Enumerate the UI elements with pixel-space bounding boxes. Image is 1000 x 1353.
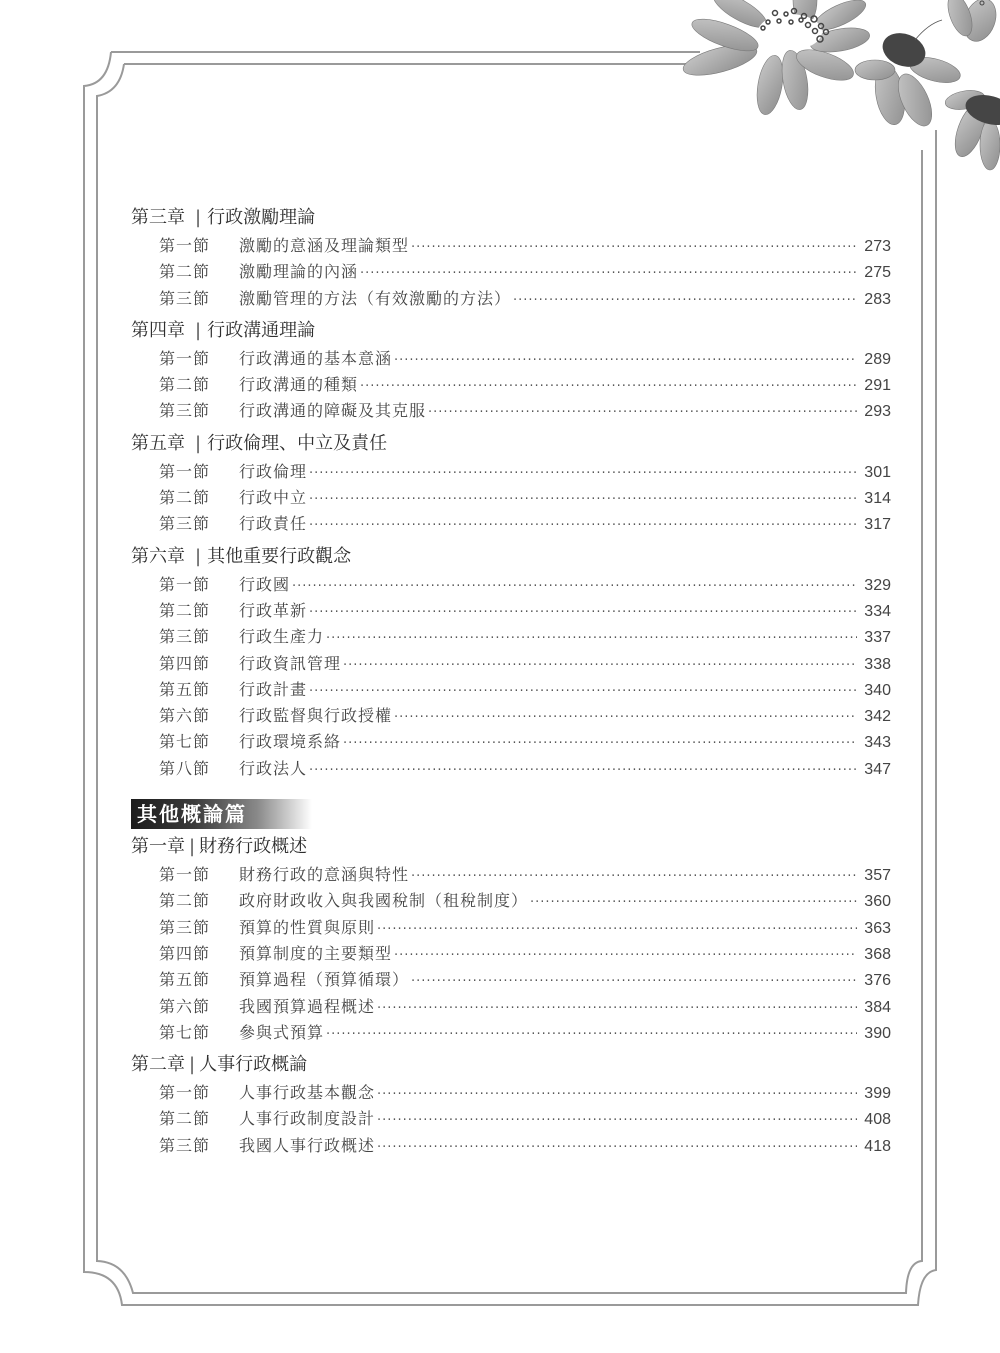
page-number: 408 xyxy=(861,1108,891,1132)
page-number: 399 xyxy=(861,1082,891,1106)
toc-entry[interactable]: 第三節行政責任317 xyxy=(131,512,891,538)
section-number: 第八節 xyxy=(159,757,239,781)
section-number: 第二節 xyxy=(159,373,239,397)
section-title: 我國人事行政概述 xyxy=(239,1134,375,1158)
toc-entry[interactable]: 第五節行政計畫340 xyxy=(131,678,891,704)
page-number: 283 xyxy=(861,288,891,312)
section-title: 預算過程（預算循環） xyxy=(239,968,409,992)
page-number: 314 xyxy=(861,487,891,511)
dot-leader xyxy=(292,575,857,599)
section-title: 財務行政的意涵與特性 xyxy=(239,863,409,887)
section-title: 行政革新 xyxy=(239,599,307,623)
toc-entry[interactable]: 第三節預算的性質與原則363 xyxy=(131,916,891,942)
page-number: 340 xyxy=(861,679,891,703)
page-number: 363 xyxy=(861,917,891,941)
page-number: 343 xyxy=(861,731,891,755)
section-title: 預算的性質與原則 xyxy=(239,916,375,940)
section-title: 人事行政制度設計 xyxy=(239,1107,375,1131)
section-title: 行政計畫 xyxy=(239,678,307,702)
section-number: 第三節 xyxy=(159,287,239,311)
dot-leader xyxy=(309,680,857,704)
section-number: 第三節 xyxy=(159,1134,239,1158)
dot-leader xyxy=(309,462,857,486)
section-number: 第七節 xyxy=(159,730,239,754)
page-number: 342 xyxy=(861,705,891,729)
part-heading: 其他概論篇 xyxy=(131,799,312,829)
chapter-separator: | xyxy=(195,319,201,343)
toc-entry[interactable]: 第六節行政監督與行政授權342 xyxy=(131,704,891,730)
section-number: 第二節 xyxy=(159,1107,239,1131)
toc-entry[interactable]: 第二節行政革新334 xyxy=(131,599,891,625)
chapter-separator: | xyxy=(195,545,201,569)
chapter-title: 人事行政概論 xyxy=(199,1054,307,1075)
chapter-title: 其他重要行政觀念 xyxy=(207,546,351,567)
dot-leader xyxy=(343,732,857,756)
section-number: 第二節 xyxy=(159,486,239,510)
dot-leader xyxy=(411,865,857,889)
section-title: 預算制度的主要類型 xyxy=(239,942,392,966)
dot-leader xyxy=(343,654,857,678)
page-number: 329 xyxy=(861,574,891,598)
section-number: 第一節 xyxy=(159,234,239,258)
section-title: 人事行政基本觀念 xyxy=(239,1081,375,1105)
section-title: 行政法人 xyxy=(239,757,307,781)
chapter-title: 行政溝通理論 xyxy=(207,320,315,341)
section-title: 行政監督與行政授權 xyxy=(239,704,392,728)
section-title: 行政國 xyxy=(239,573,290,597)
toc-entry[interactable]: 第三節行政生產力337 xyxy=(131,625,891,651)
chapter-label: 第四章 xyxy=(131,320,185,341)
page-number: 337 xyxy=(861,626,891,650)
dot-leader xyxy=(411,236,857,260)
dot-leader xyxy=(360,375,857,399)
toc-entry[interactable]: 第一節行政倫理301 xyxy=(131,460,891,486)
page-number: 384 xyxy=(861,996,891,1020)
toc-entry[interactable]: 第三節我國人事行政概述418 xyxy=(131,1134,891,1160)
page-number: 291 xyxy=(861,374,891,398)
table-of-contents: 第三章|行政激勵理論 第一節激勵的意涵及理論類型273 第二節激勵理論的內涵27… xyxy=(131,200,891,1166)
page-number: 418 xyxy=(861,1135,891,1159)
chapter-title: 財務行政概述 xyxy=(199,836,307,857)
section-number: 第二節 xyxy=(159,889,239,913)
chapter-title: 行政倫理、中立及責任 xyxy=(207,433,387,454)
section-title: 參與式預算 xyxy=(239,1021,324,1045)
page-number: 360 xyxy=(861,890,891,914)
chapter-label: 第五章 xyxy=(131,433,185,454)
section-number: 第五節 xyxy=(159,968,239,992)
chapter-separator: | xyxy=(195,206,201,230)
section-number: 第一節 xyxy=(159,460,239,484)
dot-leader xyxy=(513,289,857,313)
toc-entry[interactable]: 第二節政府財政收入與我國稅制（租稅制度）360 xyxy=(131,889,891,915)
section-title: 激勵的意涵及理論類型 xyxy=(239,234,409,258)
dot-leader xyxy=(377,1136,857,1160)
section-title: 行政責任 xyxy=(239,512,307,536)
dot-leader xyxy=(309,514,857,538)
chapter-heading[interactable]: 第四章|行政溝通理論 xyxy=(131,319,891,347)
section-number: 第四節 xyxy=(159,942,239,966)
chapter-label: 第二章 xyxy=(131,1054,185,1075)
toc-entry[interactable]: 第三節行政溝通的障礙及其克服293 xyxy=(131,399,891,425)
page-number: 275 xyxy=(861,261,891,285)
dot-leader xyxy=(360,262,857,286)
toc-entry[interactable]: 第三節激勵管理的方法（有效激勵的方法）283 xyxy=(131,287,891,313)
toc-entry[interactable]: 第五節預算過程（預算循環）376 xyxy=(131,968,891,994)
section-number: 第四節 xyxy=(159,652,239,676)
section-number: 第二節 xyxy=(159,260,239,284)
section-number: 第三節 xyxy=(159,625,239,649)
section-title: 行政中立 xyxy=(239,486,307,510)
dot-leader xyxy=(394,944,857,968)
chapter-title: 行政激勵理論 xyxy=(207,207,315,228)
dot-leader xyxy=(326,1023,857,1047)
page-number: 347 xyxy=(861,758,891,782)
dot-leader xyxy=(309,488,857,512)
toc-entry[interactable]: 第七節參與式預算390 xyxy=(131,1021,891,1047)
toc-entry[interactable]: 第一節行政國329 xyxy=(131,573,891,599)
chapter-heading[interactable]: 第五章|行政倫理、中立及責任 xyxy=(131,432,891,460)
toc-entry[interactable]: 第一節行政溝通的基本意涵289 xyxy=(131,347,891,373)
page-number: 390 xyxy=(861,1022,891,1046)
chapter-heading[interactable]: 第二章|人事行政概論 xyxy=(131,1053,891,1081)
section-title: 行政溝通的基本意涵 xyxy=(239,347,392,371)
section-title: 行政溝通的種類 xyxy=(239,373,358,397)
daisy-flower-icon xyxy=(680,0,1000,200)
page-number: 293 xyxy=(861,400,891,424)
dot-leader xyxy=(411,970,857,994)
toc-entry[interactable]: 第二節行政溝通的種類291 xyxy=(131,373,891,399)
part-chapter-1: 第一章|財務行政概述 第一節財務行政的意涵與特性357 第二節政府財政收入與我國… xyxy=(131,835,891,1047)
dot-leader xyxy=(377,997,857,1021)
section-number: 第七節 xyxy=(159,1021,239,1045)
toc-entry[interactable]: 第四節預算制度的主要類型368 xyxy=(131,942,891,968)
chapter-4: 第四章|行政溝通理論 第一節行政溝通的基本意涵289 第二節行政溝通的種類291… xyxy=(131,319,891,426)
dot-leader xyxy=(326,627,857,651)
section-title: 行政生產力 xyxy=(239,625,324,649)
section-title: 行政環境系絡 xyxy=(239,730,341,754)
section-number: 第一節 xyxy=(159,1081,239,1105)
page-number: 376 xyxy=(861,969,891,993)
page-number: 317 xyxy=(861,513,891,537)
section-title: 我國預算過程概述 xyxy=(239,995,375,1019)
dot-leader xyxy=(309,759,857,783)
chapter-label: 第一章 xyxy=(131,836,185,857)
chapter-heading[interactable]: 第六章|其他重要行政觀念 xyxy=(131,545,891,573)
page-number: 273 xyxy=(861,235,891,259)
page-number: 338 xyxy=(861,653,891,677)
chapter-separator: | xyxy=(189,835,195,859)
toc-entry[interactable]: 第二節人事行政制度設計408 xyxy=(131,1107,891,1133)
toc-entry[interactable]: 第一節激勵的意涵及理論類型273 xyxy=(131,234,891,260)
toc-entry[interactable]: 第一節財務行政的意涵與特性357 xyxy=(131,863,891,889)
dot-leader xyxy=(394,706,857,730)
chapter-label: 第六章 xyxy=(131,546,185,567)
dot-leader xyxy=(309,601,857,625)
page-number: 289 xyxy=(861,348,891,372)
section-title: 激勵管理的方法（有效激勵的方法） xyxy=(239,287,511,311)
chapter-separator: | xyxy=(195,432,201,456)
section-title: 行政倫理 xyxy=(239,460,307,484)
dot-leader xyxy=(377,918,857,942)
section-number: 第一節 xyxy=(159,573,239,597)
dot-leader xyxy=(377,1109,857,1133)
toc-entry[interactable]: 第四節行政資訊管理338 xyxy=(131,652,891,678)
section-title: 行政資訊管理 xyxy=(239,652,341,676)
dot-leader xyxy=(394,349,857,373)
section-number: 第三節 xyxy=(159,512,239,536)
section-number: 第一節 xyxy=(159,347,239,371)
part-chapter-2: 第二章|人事行政概論 第一節人事行政基本觀念399 第二節人事行政制度設計408… xyxy=(131,1053,891,1160)
page-number: 301 xyxy=(861,461,891,485)
dot-leader xyxy=(428,401,857,425)
toc-entry[interactable]: 第二節激勵理論的內涵275 xyxy=(131,260,891,286)
section-number: 第六節 xyxy=(159,704,239,728)
page-number: 357 xyxy=(861,864,891,888)
chapter-label: 第三章 xyxy=(131,207,185,228)
chapter-3: 第三章|行政激勵理論 第一節激勵的意涵及理論類型273 第二節激勵理論的內涵27… xyxy=(131,206,891,313)
page-number: 368 xyxy=(861,943,891,967)
page-number: 334 xyxy=(861,600,891,624)
section-number: 第五節 xyxy=(159,678,239,702)
dot-leader xyxy=(530,891,857,915)
section-number: 第一節 xyxy=(159,863,239,887)
chapter-separator: | xyxy=(189,1053,195,1077)
dot-leader xyxy=(377,1083,857,1107)
toc-entry[interactable]: 第二節行政中立314 xyxy=(131,486,891,512)
toc-entry[interactable]: 第八節行政法人347 xyxy=(131,757,891,783)
section-title: 行政溝通的障礙及其克服 xyxy=(239,399,426,423)
chapter-5: 第五章|行政倫理、中立及責任 第一節行政倫理301 第二節行政中立314 第三節… xyxy=(131,432,891,539)
chapter-6: 第六章|其他重要行政觀念 第一節行政國329 第二節行政革新334 第三節行政生… xyxy=(131,545,891,783)
section-title: 激勵理論的內涵 xyxy=(239,260,358,284)
chapter-heading[interactable]: 第三章|行政激勵理論 xyxy=(131,206,891,234)
section-number: 第二節 xyxy=(159,599,239,623)
section-number: 第三節 xyxy=(159,399,239,423)
chapter-heading[interactable]: 第一章|財務行政概述 xyxy=(131,835,891,863)
toc-entry[interactable]: 第一節人事行政基本觀念399 xyxy=(131,1081,891,1107)
section-number: 第三節 xyxy=(159,916,239,940)
section-number: 第六節 xyxy=(159,995,239,1019)
section-title: 政府財政收入與我國稅制（租稅制度） xyxy=(239,889,528,913)
toc-entry[interactable]: 第六節我國預算過程概述384 xyxy=(131,995,891,1021)
toc-entry[interactable]: 第七節行政環境系絡343 xyxy=(131,730,891,756)
